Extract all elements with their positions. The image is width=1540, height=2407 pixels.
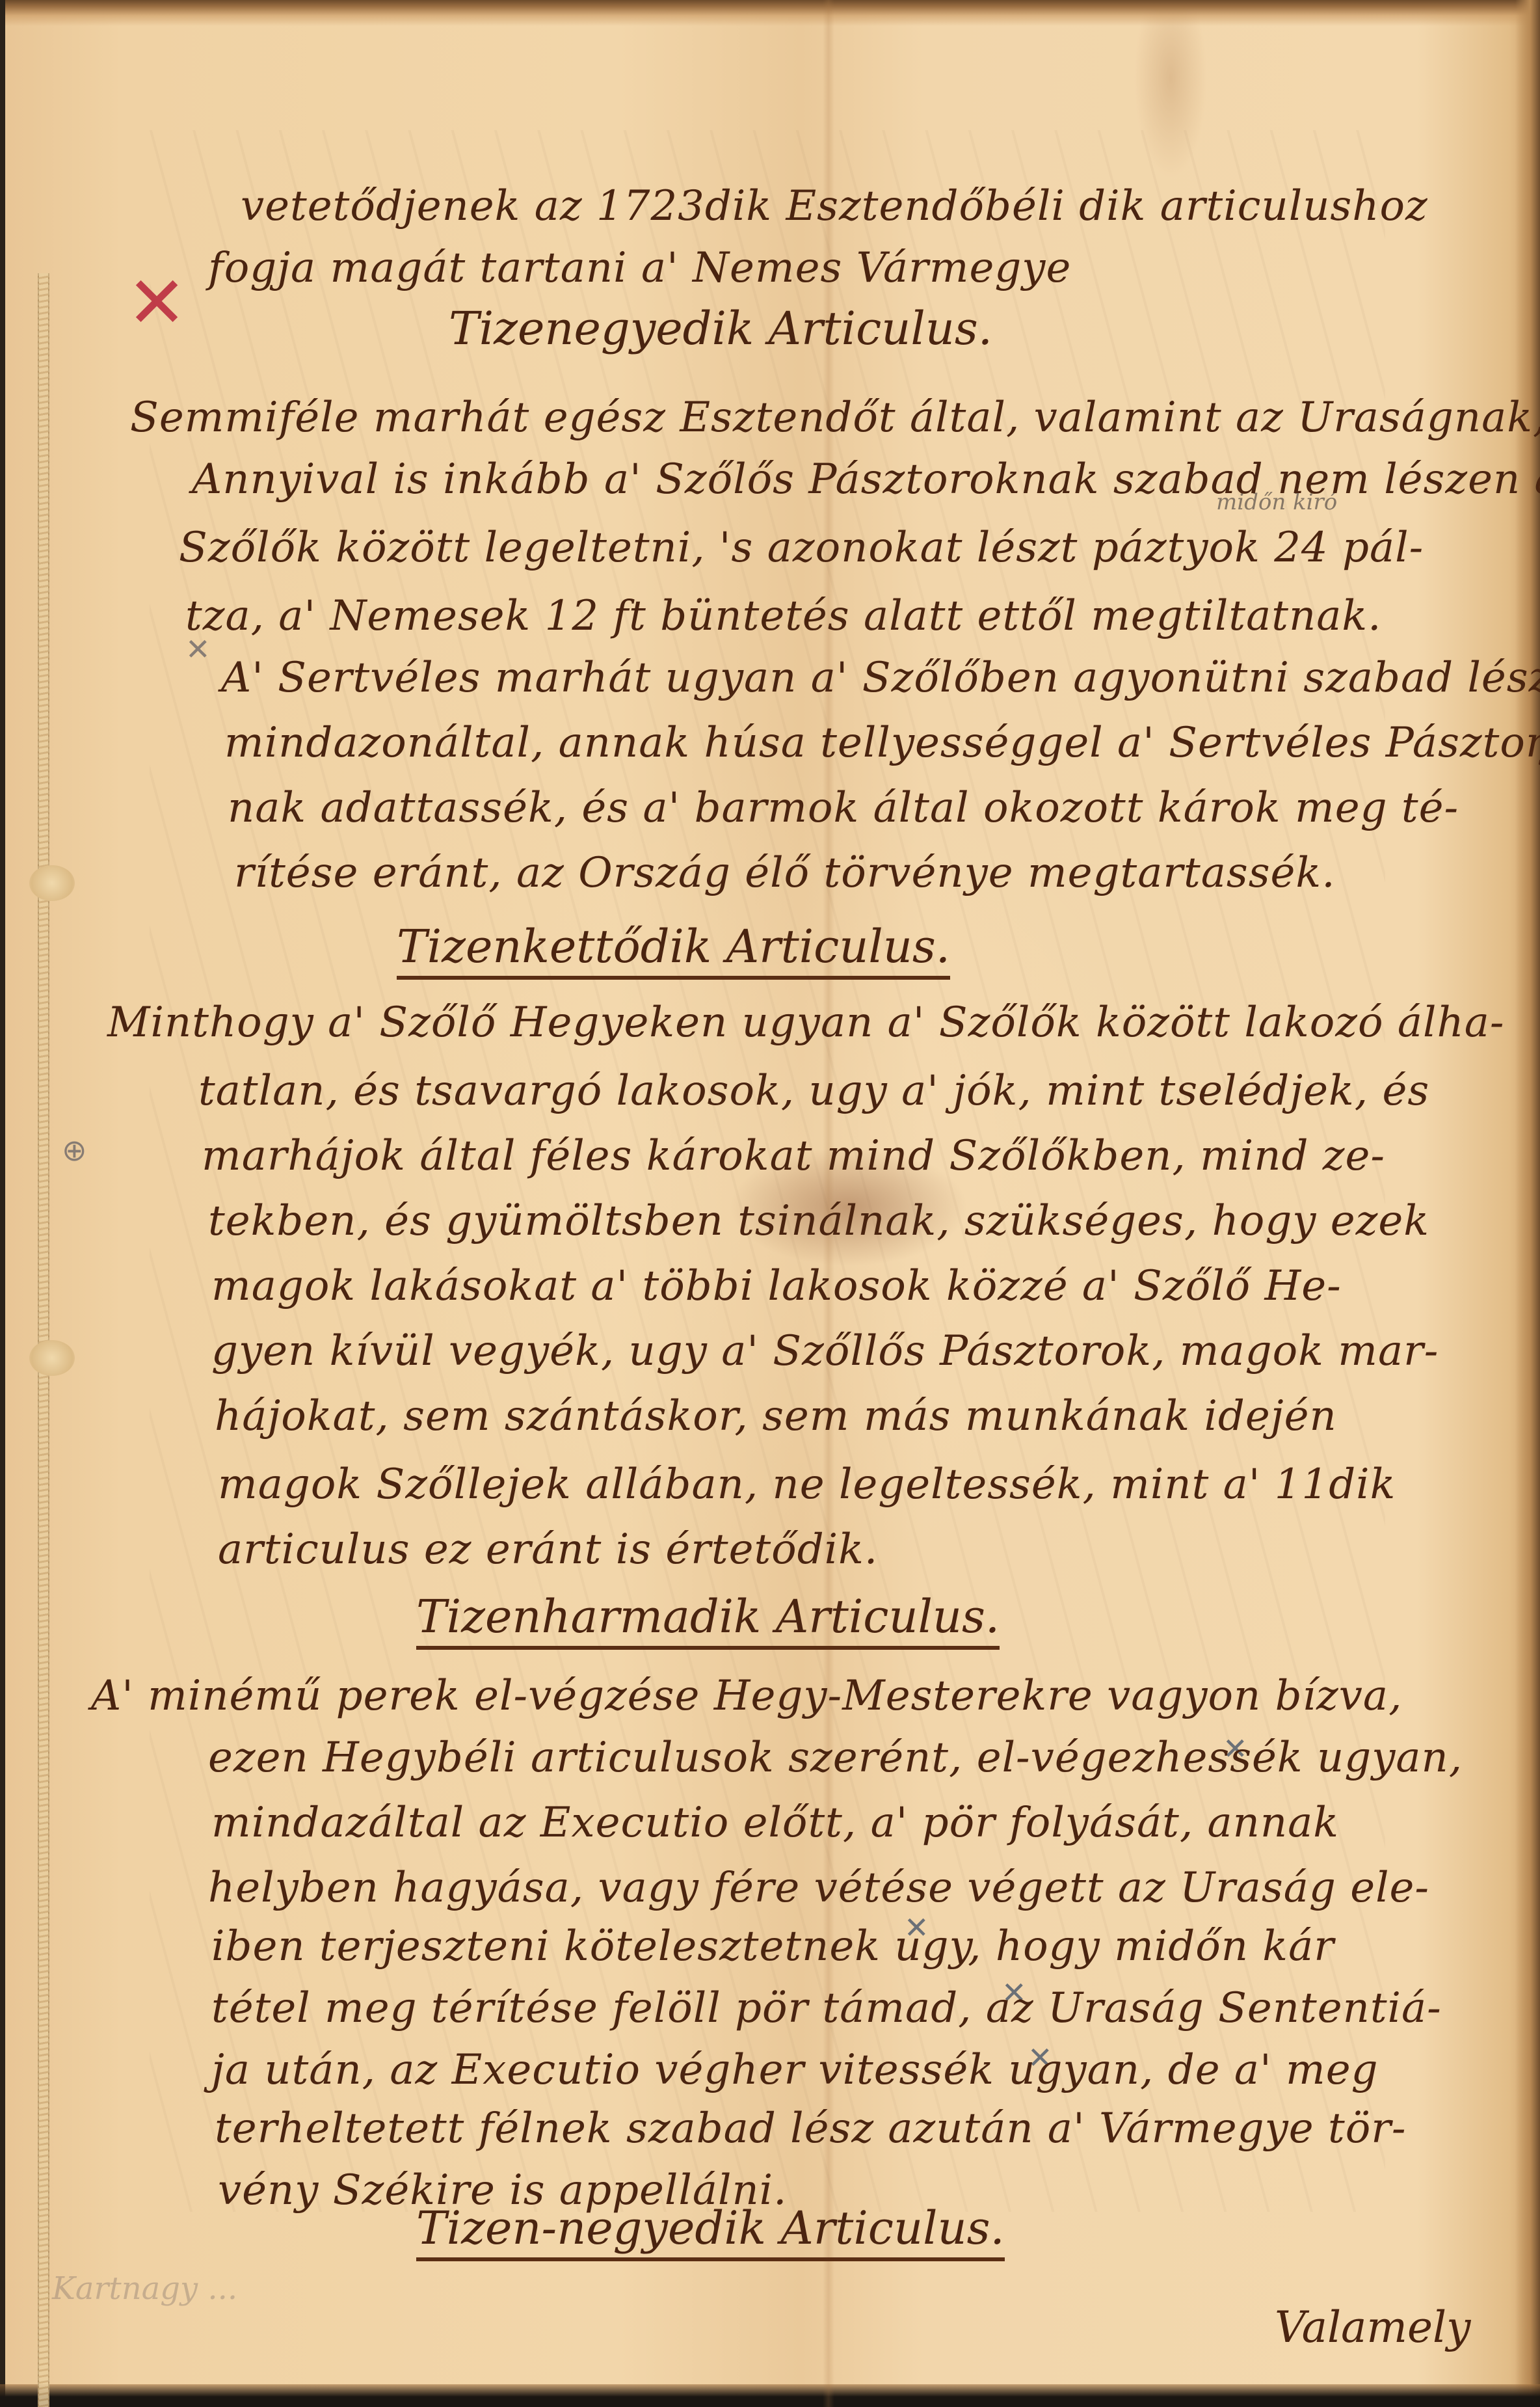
text-line: Annyival is inkább a' Szőlős Pásztorokna… (192, 459, 1540, 500)
paper-right-edge (1515, 0, 1540, 2407)
text-line: nak adattassék, és a' barmok által okozo… (228, 787, 1459, 829)
text-line: A' minémű perek el-végzése Hegy-Mesterek… (91, 1675, 1402, 1717)
text-line: vetetődjenek az 1723dik Esztendőbéli dik… (241, 185, 1428, 227)
text-line: marhájok által féles károkat mind Szőlők… (202, 1135, 1385, 1177)
manuscript-page: ✕ ✕ ⊕ ✕ ✕ ✕ ✕ midőn kiró Kartnagy ... ve… (0, 0, 1540, 2407)
faint-bottom-note: Kartnagy ... (52, 2270, 237, 2307)
text-line: fogja magát tartani a' Nemes Vármegye (208, 247, 1071, 289)
text-line: tekben, és gyümöltsben tsinálnak, szüksé… (208, 1200, 1429, 1242)
text-line: Minthogy a' Szőlő Hegyeken ugyan a' Szől… (107, 1002, 1504, 1043)
text-line: Semmiféle marhát egész Esztendőt által, … (130, 397, 1540, 438)
red-cross-mark: ✕ (127, 267, 187, 338)
text-line: gyen kívül vegyék, ugy a' Szőllős Pászto… (211, 1330, 1439, 1372)
text-line: articulus ez eránt is értetődik. (218, 1529, 878, 1570)
paper-bottom-edge (0, 2384, 1540, 2407)
text-line: tatlan, és tsavargó lakosok, ugy a' jók,… (198, 1070, 1429, 1112)
text-line: terheltetett félnek szabad lész azután a… (215, 2108, 1406, 2149)
text-line: Szőlők között legeltetni, 's azonokat lé… (179, 527, 1424, 569)
catchword: Valamely (1275, 2306, 1470, 2349)
text-line: ja után, az Executio végher vitessék ugy… (211, 2049, 1379, 2091)
text-line: tétel meg térítése felöll pör támad, az … (211, 1987, 1442, 2029)
text-line: rítése eránt, az Ország élő törvénye meg… (234, 852, 1336, 894)
text-line: hájokat, sem szántáskor, sem más munkána… (215, 1395, 1337, 1437)
paper-top-edge (0, 0, 1540, 26)
text-line: magok Szőllejek allában, ne legeltessék,… (218, 1464, 1396, 1505)
text-line: A' Sertvéles marhát ugyan a' Szőlőben ag… (221, 657, 1540, 699)
text-line: mindazáltal az Executio előtt, a' pör fo… (211, 1802, 1339, 1844)
section-heading: Tizenegyedik Articulus. (449, 306, 992, 358)
thread-knot (29, 1340, 75, 1376)
section-heading: Tizen-negyedik Articulus. (416, 2205, 1005, 2261)
text-line: magok lakásokat a' többi lakosok közzé a… (211, 1265, 1342, 1307)
text-line: mindazonáltal, annak húsa tellyességgel … (224, 722, 1540, 764)
thread-knot (29, 865, 75, 901)
text-line: iben terjeszteni kötelesztetnek ugy, hog… (211, 1926, 1334, 1967)
pencil-symbol-margin: ⊕ (62, 1135, 87, 1165)
text-line: tza, a' Nemesek 12 ft büntetés alatt ett… (185, 595, 1381, 637)
paper-left-edge (0, 0, 5, 2407)
section-heading: Tizenharmadik Articulus. (416, 1594, 1000, 1650)
text-line: ezen Hegybéli articulusok szerént, el-vé… (208, 1737, 1463, 1779)
section-heading: Tizenkettődik Articulus. (397, 924, 950, 980)
text-line: helyben hagyása, vagy fére vétése végett… (208, 1867, 1429, 1909)
